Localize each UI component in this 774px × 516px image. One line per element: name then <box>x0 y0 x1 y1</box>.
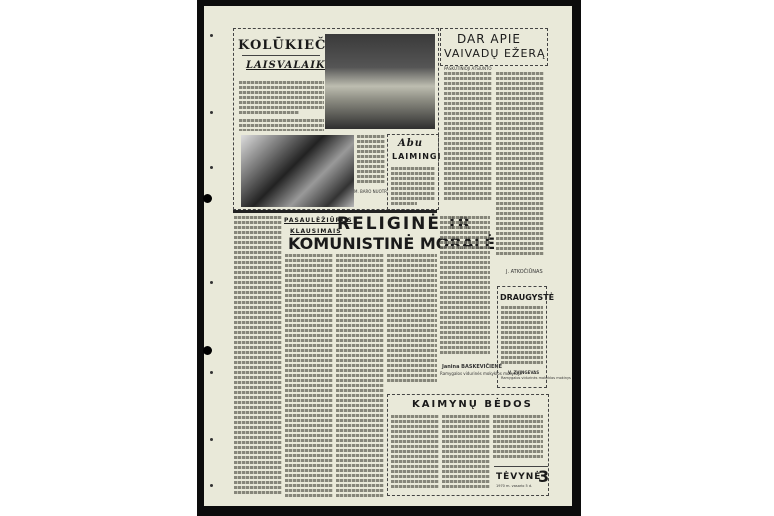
issue-date: 1970 m. vasario 5 d. <box>496 484 532 488</box>
dar-apie-col1 <box>444 72 492 206</box>
binder-hole <box>203 346 212 355</box>
draugyste-byline-role: Ramygalos vidurinės mokyklos mokinys <box>501 376 571 380</box>
dar-apie-col2 <box>496 72 544 268</box>
sports-hall-photo <box>325 34 435 129</box>
section-rule <box>233 210 437 213</box>
speck <box>210 281 213 284</box>
divider <box>242 55 320 56</box>
religine-col5 <box>440 216 490 356</box>
religine-col4 <box>387 254 437 384</box>
abu-laimingi-subtitle: LAIMINGI <box>392 152 441 161</box>
dar-apie-subtitle: VAIVADŲ EŽERĄ <box>444 47 546 60</box>
dar-apie-title: DAR APIE <box>457 32 521 46</box>
draugyste-title: DRAUGYSTĖ <box>500 293 554 302</box>
speck <box>210 438 213 441</box>
kaimynu-col3 <box>493 415 543 459</box>
kaimynu-col2 <box>442 415 490 491</box>
draugyste-body <box>501 306 543 368</box>
speck <box>210 34 213 37</box>
kaimynu-col1 <box>391 415 439 491</box>
kolukieciu-body-text <box>239 81 324 131</box>
kaimynu-bedos-title: KAIMYNŲ BĖDOS <box>412 399 533 410</box>
draugyste-byline: V. ZVINGEVAS <box>508 370 539 375</box>
photo-byline: M. BARO NUOTR. <box>354 189 388 194</box>
speck <box>210 111 213 114</box>
speck <box>210 371 213 374</box>
binder-hole <box>203 194 212 203</box>
religine-byline: Janina BASKEVIČIENĖ <box>442 364 502 370</box>
abu-laimingi-body <box>391 167 435 207</box>
religine-col1 <box>234 216 282 501</box>
newspaper-page: KOLŪKIEČIŲ LAISVALAIKIUI M. BARO NUOTR. … <box>204 6 572 506</box>
right-column-byline: J. ATKOČIŪNAS <box>506 269 543 275</box>
dar-apie-kicker: PASKUTINIOJI ATSIUNTO <box>444 66 492 71</box>
newspaper-name: TĖVYNĖ <box>496 472 541 482</box>
religine-col3 <box>336 254 384 501</box>
religine-col2 <box>285 254 333 501</box>
photo-caption-text <box>357 135 385 185</box>
speck <box>210 166 213 169</box>
abu-laimingi-title: Abu <box>398 138 423 149</box>
speck <box>210 484 213 487</box>
page-number: 3 <box>538 467 550 486</box>
skiers-photo <box>241 135 354 207</box>
